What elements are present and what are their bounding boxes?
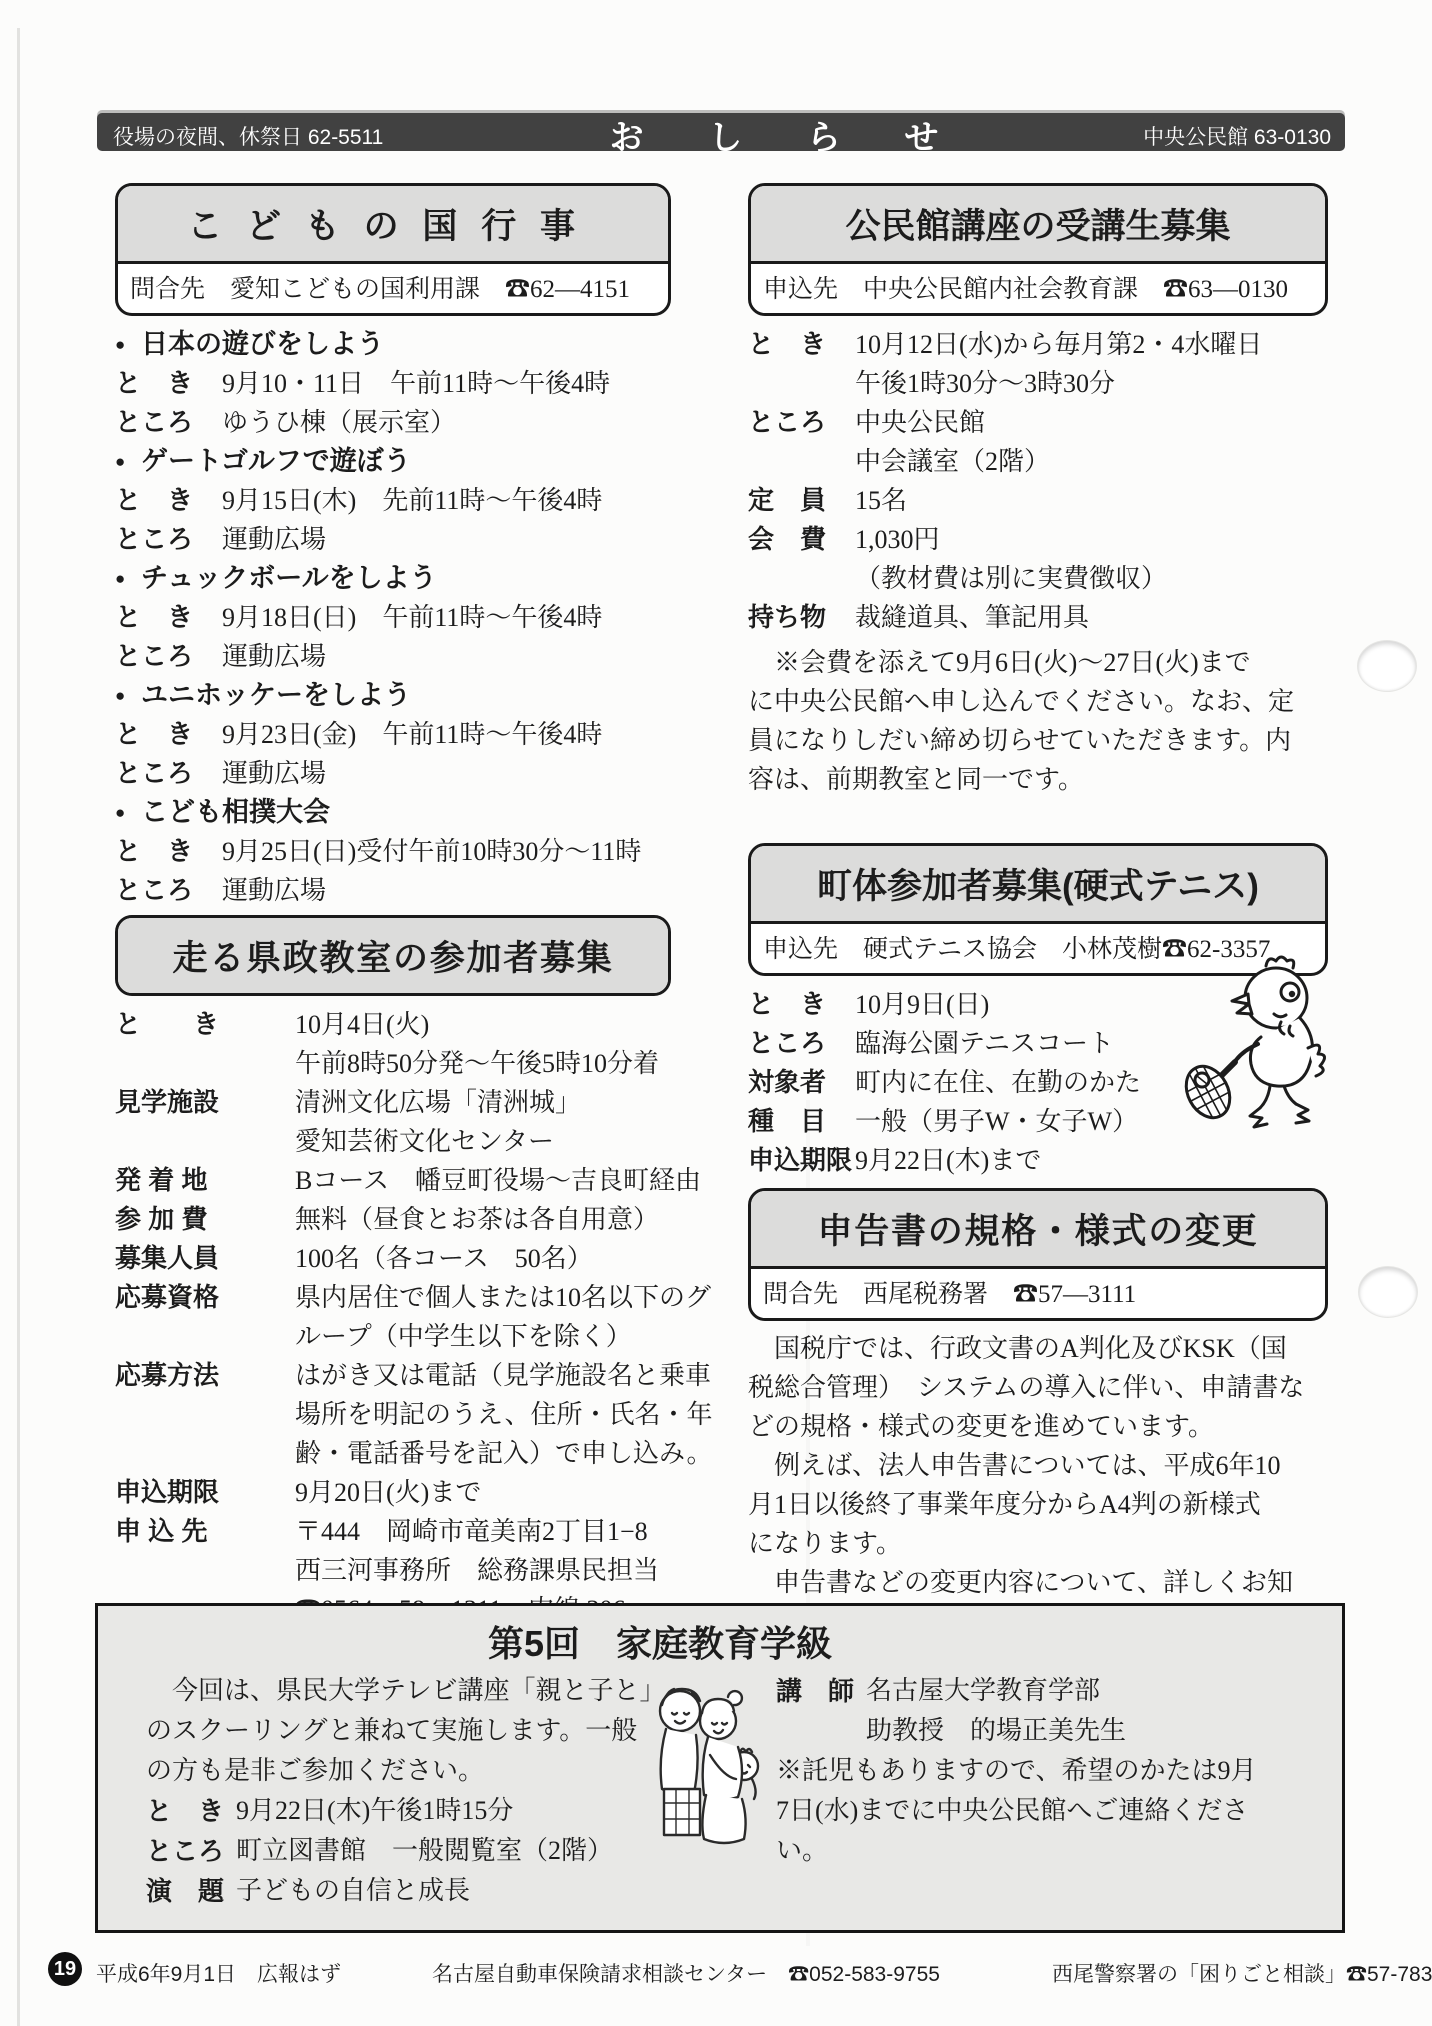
info-row: と き10月12日(水)から毎月第2・4水曜日 [748, 325, 1328, 364]
contact-line: 問合先 西尾税務署 ☎57—3111 [751, 1269, 1325, 1318]
info-row: と き9月22日(木)午後1時15分 [146, 1791, 644, 1831]
katei-content: 今回は、県民大学テレビ講座「親と子と」 のスクーリングと兼ねて実施します。一般 … [98, 1671, 1342, 1911]
paragraph-line: 今回は、県民大学テレビ講座「親と子と」 [146, 1671, 644, 1711]
info-row: と き9月23日(金) 午前11時〜午後4時 [115, 715, 671, 754]
paragraph-line: に中央公民館へ申し込んでください。なお、定 [748, 682, 1328, 721]
katei-right-column: 講 師名古屋大学教育学部 助教授 的場正美先生 ※託児もありますので、希望のかた… [776, 1671, 1342, 1911]
page-title: おしらせ [545, 110, 1003, 159]
section-shinkoku-title-box: 申告書の規格・様式の変更 問合先 西尾税務署 ☎57—3111 [748, 1188, 1328, 1321]
info-row: と き10月4日(火) [115, 1005, 671, 1044]
section-title: 第5回 家庭教育学級 [98, 1616, 1222, 1667]
info-row: と き9月18日(日) 午前11時〜午後4時 [115, 598, 671, 637]
kominkan-note: ※会費を添えて9月6日(火)〜27日(火)まで に中央公民館へ申し込んでください… [748, 643, 1328, 799]
info-row: と き9月10・11日 午前11時〜午後4時 [115, 364, 671, 403]
paragraph-line: 国税庁では、行政文書のA判化及びKSK（国 [748, 1329, 1328, 1368]
info-row: と き9月15日(木) 先前11時〜午後4時 [115, 481, 671, 520]
issue-date: 平成6年9月1日 広報はず [96, 1958, 341, 1988]
paragraph-line: のスクーリングと兼ねて実施します。一般 [146, 1711, 644, 1751]
event-heading: ●こども相撲大会 [115, 793, 671, 832]
paragraph-line: の方も是非ご参加ください。 [146, 1751, 644, 1791]
section-katei: 第5回 家庭教育学級 今回は、県民大学テレビ講座「親と子と」 のスクーリングと兼… [95, 1603, 1345, 1933]
info-row: 申込期限9月20日(火)まで [115, 1473, 671, 1512]
info-row: 会 費1,030円 [748, 520, 1328, 559]
info-row: 見学施設清洲文化広場「清洲城」 [115, 1083, 671, 1122]
info-row: 中会議室（2階） [748, 442, 1328, 481]
paragraph-line: 税総合管理） システムの導入に伴い、申請書な [748, 1368, 1328, 1407]
info-row: （教材費は別に実費徴収） [748, 559, 1328, 598]
section-kominkan-title-box: 公民館講座の受講生募集 申込先 中央公民館内社会教育課 ☎63—0130 [748, 183, 1328, 316]
contact-line: 申込先 中央公民館内社会教育課 ☎63—0130 [751, 264, 1325, 313]
event-heading: ●チュックボールをしよう [115, 559, 671, 598]
bullet-icon: ● [115, 793, 141, 832]
info-row: ところ中央公民館 [748, 403, 1328, 442]
info-row: 応募資格県内居住で個人または10名以下のグ [115, 1278, 671, 1317]
newsletter-page: 役場の夜間、休祭日 62-5511 おしらせ 中央公民館 63-0130 こども… [0, 0, 1432, 2026]
info-row: 募集人員100名（各コース 50名） [115, 1239, 671, 1278]
paragraph-line: 申告書などの変更内容について、詳しくお知 [748, 1563, 1328, 1602]
paragraph-line: 員になりしだい締め切らせていただきます。内 [748, 721, 1328, 760]
info-row: ところ運動広場 [115, 520, 671, 559]
info-row: 定 員15名 [748, 481, 1328, 520]
info-row: 講 師名古屋大学教育学部 [776, 1671, 1342, 1711]
info-row: ところ運動広場 [115, 871, 671, 910]
info-row: 助教授 的場正美先生 [776, 1711, 1342, 1751]
info-row: 演 題子どもの自信と成長 [146, 1871, 644, 1911]
paragraph-line: 月1日以後終了事業年度分からA4判の新様式 [748, 1485, 1328, 1524]
hashiru-detail-list: と き10月4日(火) 午前8時50分発〜午後5時10分着 見学施設清洲文化広場… [115, 1005, 671, 1629]
kodomo-event-list: ●日本の遊びをしよう と き9月10・11日 午前11時〜午後4時 ところゆうひ… [115, 325, 671, 910]
section-title: 公民館講座の受講生募集 [751, 186, 1325, 264]
info-row: ところ運動広場 [115, 637, 671, 676]
paragraph-line: 例えば、法人申告書については、平成6年10 [748, 1446, 1328, 1485]
info-row: 午前8時50分発〜午後5時10分着 [115, 1044, 671, 1083]
header-bar: 役場の夜間、休祭日 62-5511 おしらせ 中央公民館 63-0130 [97, 113, 1345, 151]
header-right-contact: 中央公民館 63-0130 [1143, 121, 1331, 151]
contact-line: 問合先 愛知こどもの国利用課 ☎62—4151 [118, 264, 668, 313]
info-row: 齢・電話番号を記入）で申し込み。 [115, 1434, 671, 1473]
info-row: 発 着 地Bコース 幡豆町役場〜吉良町経由 [115, 1161, 671, 1200]
tennis-bird-icon [1178, 952, 1336, 1164]
paragraph-line: い。 [776, 1831, 1342, 1871]
page-footer: 19 平成6年9月1日 広報はず 名古屋自動車保険請求相談センター ☎052-5… [0, 1948, 1432, 1994]
event-heading: ●日本の遊びをしよう [115, 325, 671, 364]
paragraph-line: どの規格・様式の変更を進めています。 [748, 1407, 1328, 1446]
info-row: ところ運動広場 [115, 754, 671, 793]
kominkan-detail-list: と き10月12日(水)から毎月第2・4水曜日 午後1時30分〜3時30分 とこ… [748, 325, 1328, 637]
info-row: 愛知芸術文化センター [115, 1122, 671, 1161]
info-row: と き9月25日(日)受付午前10時30分〜11時 [115, 832, 671, 871]
bullet-icon: ● [115, 559, 141, 598]
info-row: ループ（中学生以下を除く） [115, 1317, 671, 1356]
info-row: 場所を明記のうえ、住所・氏名・年 [115, 1395, 671, 1434]
section-hashiru-title-box: 走る県政教室の参加者募集 [115, 915, 671, 996]
info-row: 申 込 先〒444 岡崎市竜美南2丁目1−8 [115, 1512, 671, 1551]
info-row: ところ町立図書館 一般閲覧室（2階） [146, 1831, 644, 1871]
info-row: 午後1時30分〜3時30分 [748, 364, 1328, 403]
footer-center-contact: 名古屋自動車保険請求相談センター ☎052-583-9755 [432, 1958, 940, 1988]
paragraph-line: ※会費を添えて9月6日(火)〜27日(火)まで [748, 643, 1328, 682]
right-column: 公民館講座の受講生募集 申込先 中央公民館内社会教育課 ☎63—0130 と き… [748, 183, 1328, 1680]
bullet-icon: ● [115, 442, 141, 481]
family-icon [644, 1671, 772, 1911]
info-row: 応募方法はがき又は電話（見学施設名と乗車 [115, 1356, 671, 1395]
event-heading: ●ユニホッケーをしよう [115, 676, 671, 715]
section-title: 申告書の規格・様式の変更 [751, 1191, 1325, 1269]
paragraph-line: 容は、前期教室と同一です。 [748, 760, 1328, 799]
header-left-contact: 役場の夜間、休祭日 62-5511 [113, 121, 383, 151]
left-column: こどもの国行事 問合先 愛知こどもの国利用課 ☎62—4151 ●日本の遊びをし… [115, 183, 671, 1629]
family-illustration [644, 1671, 772, 1911]
page-number-badge: 19 [48, 1952, 82, 1986]
paragraph-line: 7日(水)までに中央公民館へご連絡くださ [776, 1791, 1342, 1831]
bullet-icon: ● [115, 325, 141, 364]
section-title: こどもの国行事 [118, 186, 668, 264]
section-kodomo-title-box: こどもの国行事 問合先 愛知こどもの国利用課 ☎62—4151 [115, 183, 671, 316]
info-row: 西三河事務所 総務課県民担当 [115, 1551, 671, 1590]
scan-edge-artifact [17, 28, 20, 2026]
paragraph-line: ※託児もありますので、希望のかたは9月 [776, 1751, 1342, 1791]
katei-left-column: 今回は、県民大学テレビ講座「親と子と」 のスクーリングと兼ねて実施します。一般 … [146, 1671, 644, 1911]
punch-hole [1358, 641, 1416, 691]
section-title: 町体参加者募集(硬式テニス) [751, 846, 1325, 924]
paragraph-line: になります。 [748, 1524, 1328, 1563]
info-row: ところゆうひ棟（展示室） [115, 403, 671, 442]
event-heading: ●ゲートゴルフで遊ぼう [115, 442, 671, 481]
info-row: 参 加 費無料（昼食とお茶は各自用意） [115, 1200, 671, 1239]
info-row: 持ち物裁縫道具、筆記用具 [748, 598, 1328, 637]
bullet-icon: ● [115, 676, 141, 715]
tennis-mascot-illustration [1178, 952, 1336, 1164]
punch-hole [1359, 1267, 1417, 1317]
section-title: 走る県政教室の参加者募集 [118, 918, 668, 993]
footer-right-contact: 西尾警察署の「困りごと相談」☎57-7837 [1052, 1958, 1432, 1988]
